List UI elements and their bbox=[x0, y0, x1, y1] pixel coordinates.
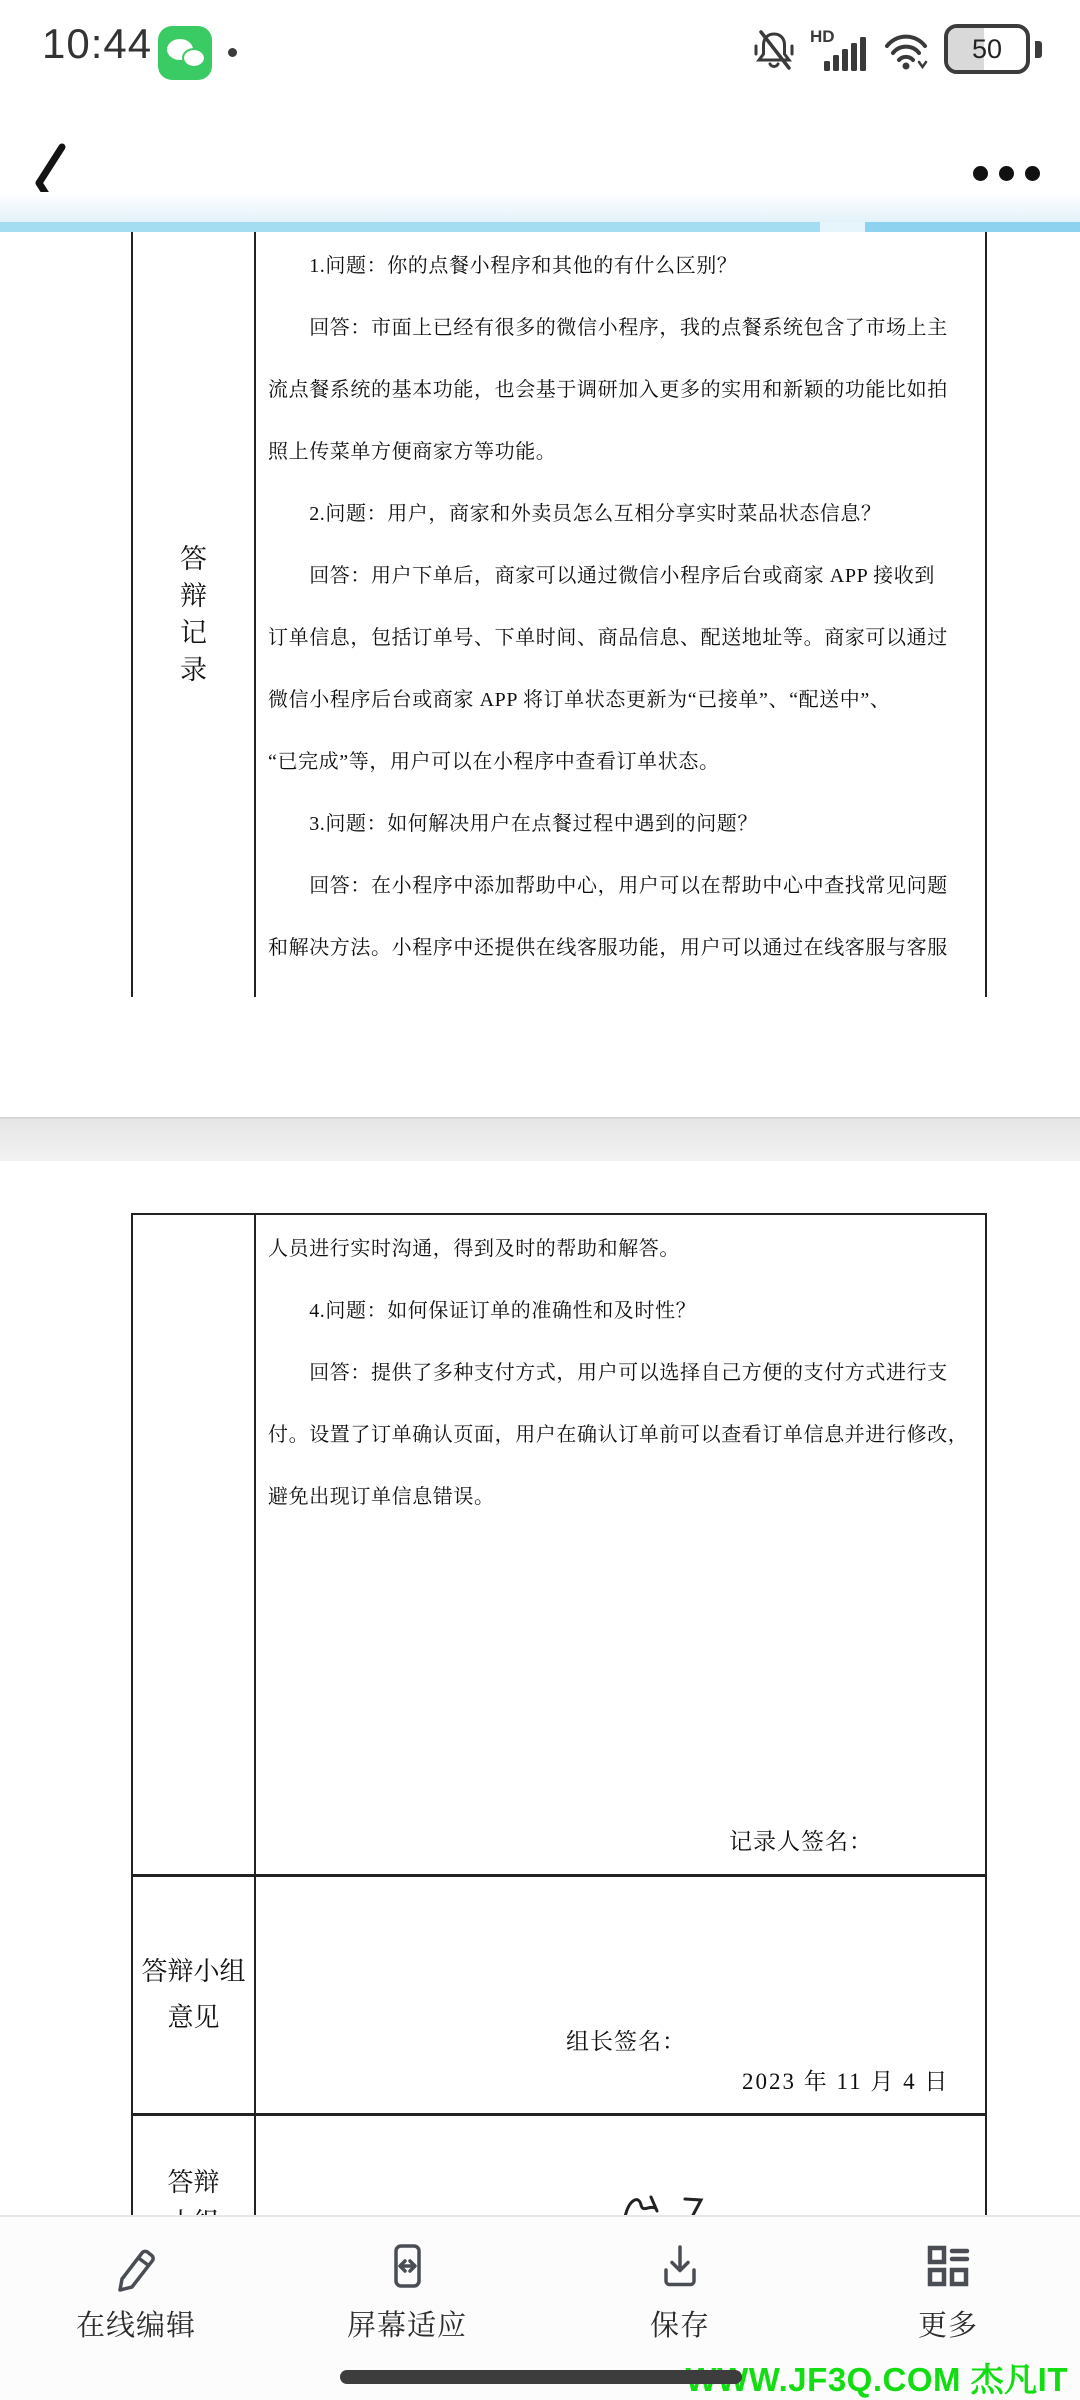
row-label-group-opinion: 答辩小组意见 bbox=[133, 1874, 254, 2116]
doc-line: 人员进行实时沟通，得到及时的帮助和解答。 bbox=[256, 1215, 985, 1277]
doc-line: 回答：用户下单后，商家可以通过微信小程序后台或商家 APP 接收到 bbox=[256, 542, 985, 604]
save-button[interactable]: 保存 bbox=[570, 2239, 790, 2344]
toolbar-label: 更多 bbox=[918, 2303, 978, 2344]
doc-line: 流点餐系统的基本功能，也会基于调研加入更多的实用和新颖的功能比如拍 bbox=[256, 356, 985, 418]
row-label-next-section: 答辩小组 bbox=[133, 2163, 254, 2217]
toolbar-label: 在线编辑 bbox=[76, 2303, 196, 2344]
screen-fit-button[interactable]: 屏幕适应 bbox=[297, 2239, 517, 2344]
doc-line: 回答：市面上已经有很多的微信小程序，我的点餐系统包含了市场上主 bbox=[256, 294, 985, 356]
doc-line: 避免出现订单信息错误。 bbox=[256, 1463, 985, 1525]
table-row-divider bbox=[133, 1874, 985, 1877]
doc-line: 回答：提供了多种支付方式，用户可以选择自己方便的支付方式进行支 bbox=[256, 1339, 985, 1401]
toolbar-label: 保存 bbox=[650, 2303, 710, 2344]
progress-segment-right bbox=[865, 222, 1080, 232]
page-1-lines: 1.问题：你的点餐小程序和其他的有什么区别？ 回答：市面上已经有很多的微信小程序… bbox=[256, 232, 985, 976]
wechat-notification-icon bbox=[158, 26, 212, 80]
doc-line: 和解决方法。小程序中还提供在线客服功能，用户可以通过在线客服与客服 bbox=[256, 914, 985, 976]
page-2-lines: 人员进行实时沟通，得到及时的帮助和解答。 4.问题：如何保证订单的准确性和及时性… bbox=[256, 1215, 985, 1525]
clock: 10:44 bbox=[42, 20, 152, 68]
doc-line: “已完成”等，用户可以在小程序中查看订单状态。 bbox=[256, 728, 985, 790]
screen-fit-icon bbox=[380, 2239, 434, 2293]
progress-segment-left bbox=[0, 222, 820, 232]
page-1-bottom-margin bbox=[0, 997, 1080, 1117]
doc-line: 回答：在小程序中添加帮助中心，用户可以在帮助中心中查找常见问题 bbox=[256, 852, 985, 914]
label-line: 答辩 bbox=[167, 2163, 219, 2203]
label-char: 答 bbox=[180, 541, 207, 578]
row-label-defense-record: 答辩记录 bbox=[133, 232, 254, 997]
more-button[interactable]: 更多 bbox=[838, 2239, 1058, 2344]
menu-dot bbox=[973, 166, 988, 181]
label-char: 辩 bbox=[180, 578, 207, 615]
menu-dot bbox=[1025, 166, 1040, 181]
progress-segment-gap bbox=[820, 222, 865, 232]
loading-progress-bar bbox=[0, 222, 1080, 232]
handwritten-signature-fragment bbox=[613, 2175, 723, 2217]
signal-hd-icon: HD bbox=[810, 27, 868, 71]
doc-line: 1.问题：你的点餐小程序和其他的有什么区别？ bbox=[256, 232, 985, 294]
doc-line: 4.问题：如何保证订单的准确性和及时性？ bbox=[256, 1277, 985, 1339]
home-indicator[interactable] bbox=[340, 2370, 742, 2384]
battery-percent: 50 bbox=[948, 28, 1026, 70]
page-2-table: 人员进行实时沟通，得到及时的帮助和解答。 4.问题：如何保证订单的准确性和及时性… bbox=[131, 1213, 987, 2217]
battery-icon: 50 bbox=[944, 24, 1030, 74]
toolbar-label: 屏幕适应 bbox=[347, 2303, 467, 2344]
signature-date: 2023 年 11 月 4 日 bbox=[742, 2063, 949, 2096]
label-line: 意见 bbox=[167, 1995, 219, 2041]
label-char: 记 bbox=[180, 615, 207, 652]
doc-line: 3.问题：如何解决用户在点餐过程中遇到的问题？ bbox=[256, 790, 985, 852]
leader-signature-label: 组长签名： bbox=[566, 2023, 686, 2056]
wechat-bubble-small bbox=[184, 50, 204, 66]
status-icons: HD 50 bbox=[752, 24, 1042, 74]
doc-line: 2.问题：用户，商家和外卖员怎么互相分享实时菜品状态信息？ bbox=[256, 480, 985, 542]
overflow-menu-button[interactable] bbox=[973, 166, 1040, 181]
more-grid-icon bbox=[921, 2239, 975, 2293]
battery-cap bbox=[1035, 41, 1042, 58]
page-1-table: 答辩记录 1.问题：你的点餐小程序和其他的有什么区别？ 回答：市面上已经有很多的… bbox=[131, 232, 987, 1000]
notification-dot bbox=[228, 48, 237, 57]
label-char: 录 bbox=[180, 652, 207, 689]
menu-dot bbox=[999, 166, 1014, 181]
doc-line: 付。设置了订单确认页面，用户在确认订单前可以查看订单信息并进行修改， bbox=[256, 1401, 985, 1463]
wifi-icon bbox=[882, 27, 930, 71]
pencil-icon bbox=[109, 2239, 163, 2293]
hd-label: HD bbox=[810, 27, 835, 46]
screen: 10:44 HD bbox=[0, 0, 1080, 2400]
online-edit-button[interactable]: 在线编辑 bbox=[26, 2239, 246, 2344]
table-row-divider bbox=[133, 2113, 985, 2116]
recorder-signature-label: 记录人签名： bbox=[729, 1823, 873, 1856]
mute-bell-icon bbox=[752, 27, 796, 71]
doc-line: 订单信息，包括订单号、下单时间、商品信息、配送地址等。商家可以通过 bbox=[256, 604, 985, 666]
doc-line: 微信小程序后台或商家 APP 将订单状态更新为“已接单”、“配送中”、 bbox=[256, 666, 985, 728]
label-line: 答辩小组 bbox=[141, 1949, 245, 1995]
save-download-icon bbox=[653, 2239, 707, 2293]
header-shadow bbox=[0, 192, 1080, 222]
doc-line: 照上传菜单方便商家方等功能。 bbox=[256, 418, 985, 480]
page-separator bbox=[0, 1117, 1080, 1161]
watermark: WWW.JF3Q.COM 杰凡IT bbox=[686, 2354, 1068, 2400]
